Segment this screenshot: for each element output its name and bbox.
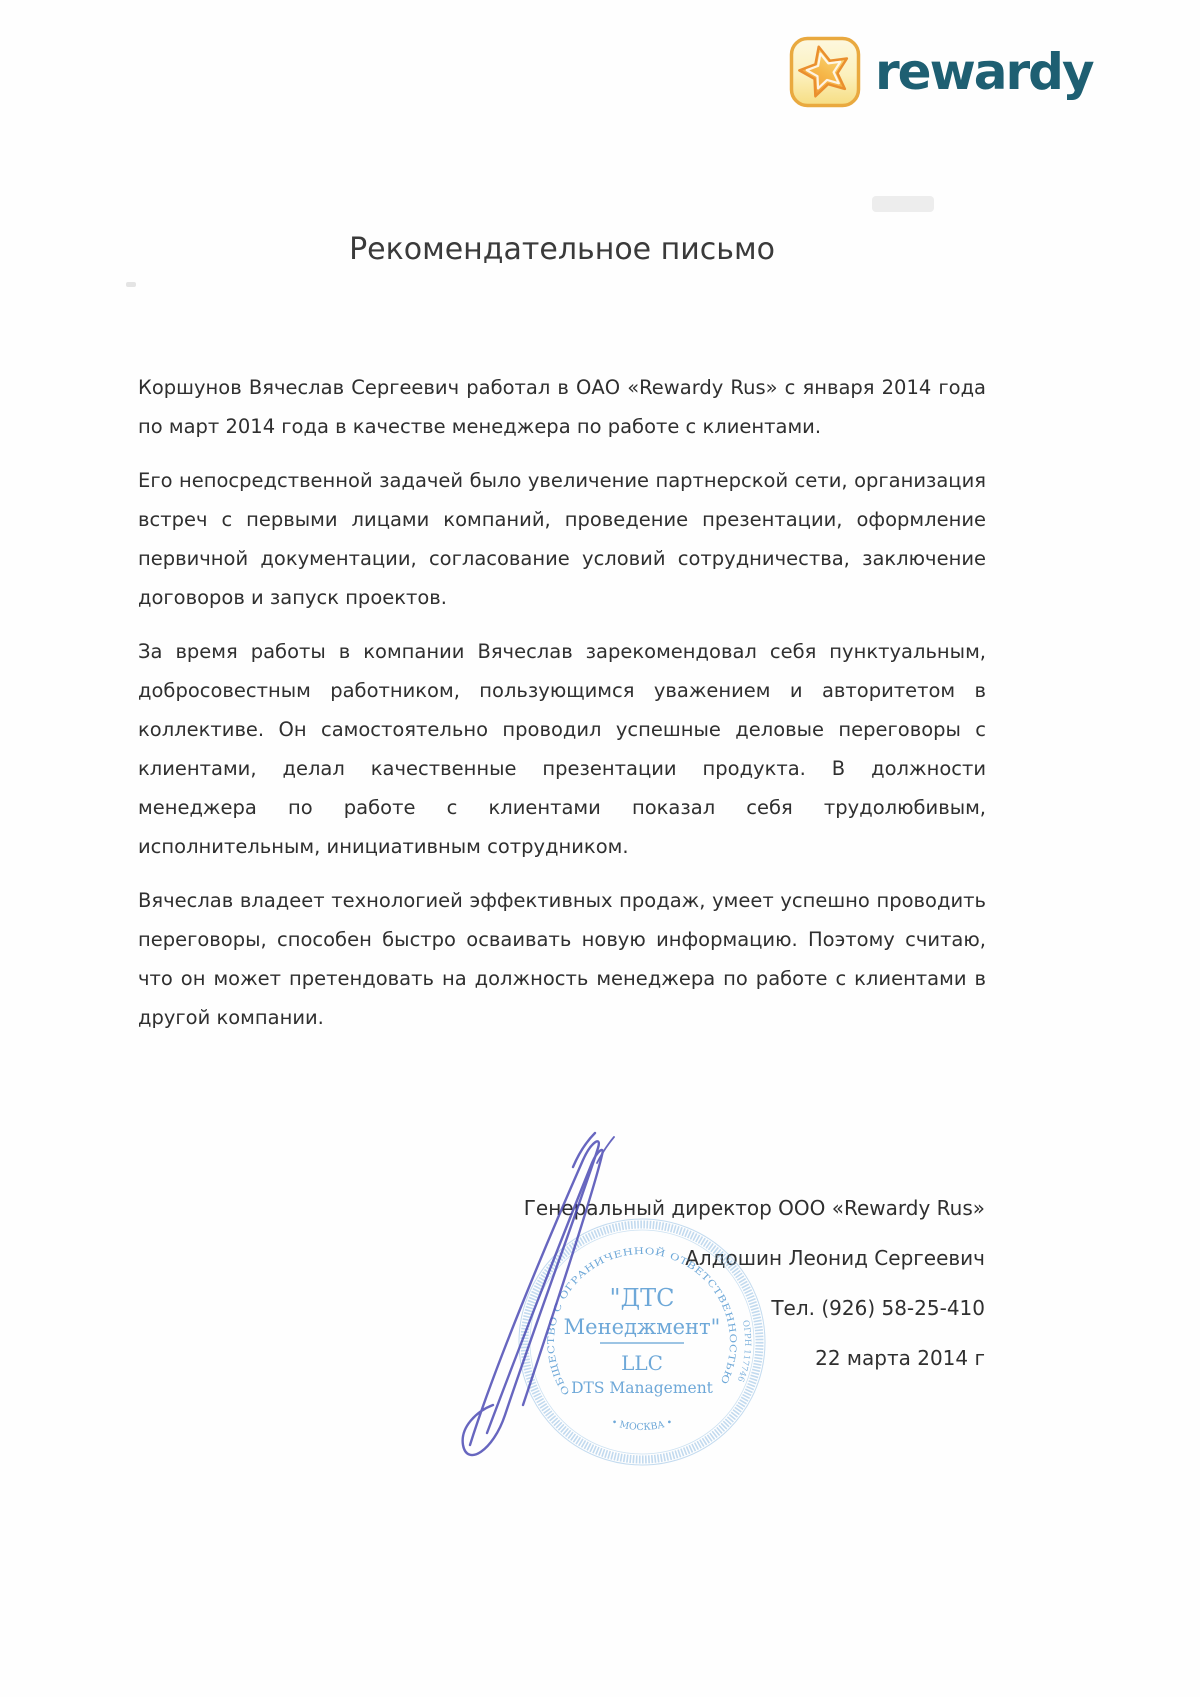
letter-page: rewardy Рекомендательное письмо Коршунов… [0,0,1200,1697]
paragraph-3: За время работы в компании Вячеслав заре… [138,632,986,866]
paragraph-4: Вячеслав владеет технологией эффективных… [138,881,986,1037]
letter-title: Рекомендательное письмо [138,232,986,267]
letter-body: Коршунов Вячеслав Сергеевич работал в ОА… [138,368,986,1052]
paragraph-2: Его непосредственной задачей было увелич… [138,461,986,617]
scan-artifact [126,282,136,287]
handwritten-signature [425,1115,795,1485]
rewardy-logo: rewardy [789,36,1093,108]
logo-wordmark: rewardy [875,36,1093,108]
scan-artifact [872,196,934,212]
star-icon [789,36,861,108]
paragraph-1: Коршунов Вячеслав Сергеевич работал в ОА… [138,368,986,446]
